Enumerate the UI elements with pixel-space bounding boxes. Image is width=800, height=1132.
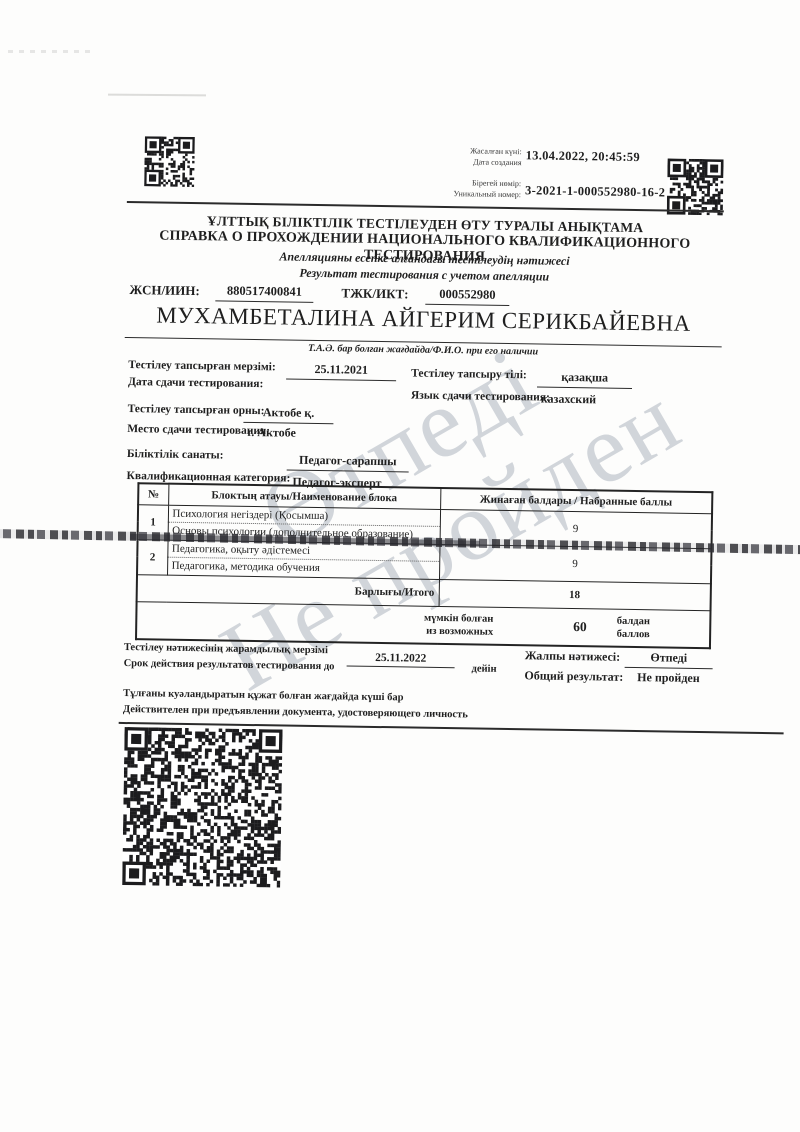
possible-unit-ru: баллов — [617, 627, 650, 641]
scan-noise-dashes — [8, 50, 94, 53]
validity-suffix: дейін — [471, 663, 496, 674]
validity-label-kk: Тестілеу нәтижесінің жарамдылық мерзімі — [124, 642, 328, 656]
test-place-value-kk: Актобе қ. — [243, 405, 333, 424]
test-language-value-ru: казахский — [541, 392, 597, 408]
validity-value: 25.11.2022 — [347, 652, 455, 669]
table-possible-row: мүмкін болған из возможных 60 балдан бал… — [136, 601, 711, 648]
created-date-value: 13.04.2022, 20:45:59 — [526, 148, 641, 165]
person-full-name: МУХАМБЕТАЛИНА АЙГЕРИМ СЕРИКБАЙЕВНА — [125, 302, 722, 337]
overall-result-label-kk: Жалпы нәтижесі: — [525, 648, 621, 664]
iin-value: 880517400841 — [215, 283, 313, 303]
validity-label-ru: Срок действия результатов тестирования д… — [124, 658, 335, 672]
row2-score: 9 — [439, 544, 712, 583]
created-date-label: Жасалған күні: Дата создания — [470, 145, 522, 168]
ikt-value: 000552980 — [425, 287, 509, 306]
id-required-note-ru: Действителен при предъявлении документа,… — [123, 704, 468, 720]
qr-code-top-left — [144, 136, 195, 187]
row1-score: 9 — [440, 509, 713, 548]
test-place-value-ru: г. Актобе — [247, 425, 296, 441]
overall-result-value-ru: Не пройден — [624, 670, 712, 686]
id-required-note-kk: Тұлғаны куәландыратын құжат болған жағда… — [123, 688, 403, 703]
total-value: 18 — [439, 579, 711, 610]
category-label-kk: Біліктілік санаты: — [127, 448, 224, 462]
row1-number: 1 — [138, 504, 169, 539]
overall-result-label-ru: Общий результат: — [524, 668, 623, 685]
test-language-label-kk: Тестілеу тапсыру тілі: — [411, 367, 527, 381]
score-table: № Блоктың атауы/Наименование блока Жинағ… — [135, 482, 713, 649]
unique-number-value: 3-2021-1-000552980-16-2 — [525, 183, 665, 200]
test-language-label-ru: Язык сдачи тестирования: — [411, 389, 550, 403]
category-value-kk: Педагог-сарапшы — [287, 453, 409, 473]
unique-number-label: Бірегей нөмір: Уникальный номер: — [454, 177, 522, 200]
name-note: Т.А.Ә. бар болған жағдайда/Ф.И.О. при ег… — [125, 340, 722, 360]
col-header-number: № — [138, 483, 168, 504]
header-divider-rule — [127, 201, 724, 212]
row2-number: 2 — [137, 539, 168, 574]
created-date-label-ru: Дата создания — [470, 156, 522, 168]
scanned-certificate-page: { "page": { "background": "#fdfdfc", "in… — [0, 0, 800, 1132]
possible-label: мүмкін болған из возможных — [141, 607, 493, 639]
certificate-sheet: Жасалған күні: Дата создания 13.04.2022,… — [116, 130, 725, 929]
test-date-value: 25.11.2021 — [286, 362, 396, 382]
possible-unit: балдан баллов — [617, 614, 651, 641]
iin-label: ЖСН/ИИН: — [129, 282, 200, 299]
test-date-label-kk: Тестілеу тапсырған мерзімі: — [128, 359, 276, 373]
possible-unit-kk: балдан — [617, 614, 650, 628]
unique-number-label-ru: Уникальный номер: — [454, 188, 522, 200]
scan-faint-line — [108, 94, 206, 97]
ikt-label: ТЖК/ИКТ: — [341, 285, 408, 302]
possible-value: 60 — [573, 619, 587, 635]
created-date-label-kk: Жасалған күні: — [470, 145, 522, 157]
qr-code-bottom — [122, 727, 282, 887]
test-date-label-ru: Дата сдачи тестирования: — [128, 376, 264, 390]
test-language-value-kk: қазақша — [537, 369, 632, 388]
qr-code-top-right — [667, 158, 724, 215]
overall-result-value-kk: Өтпеді — [625, 650, 713, 669]
